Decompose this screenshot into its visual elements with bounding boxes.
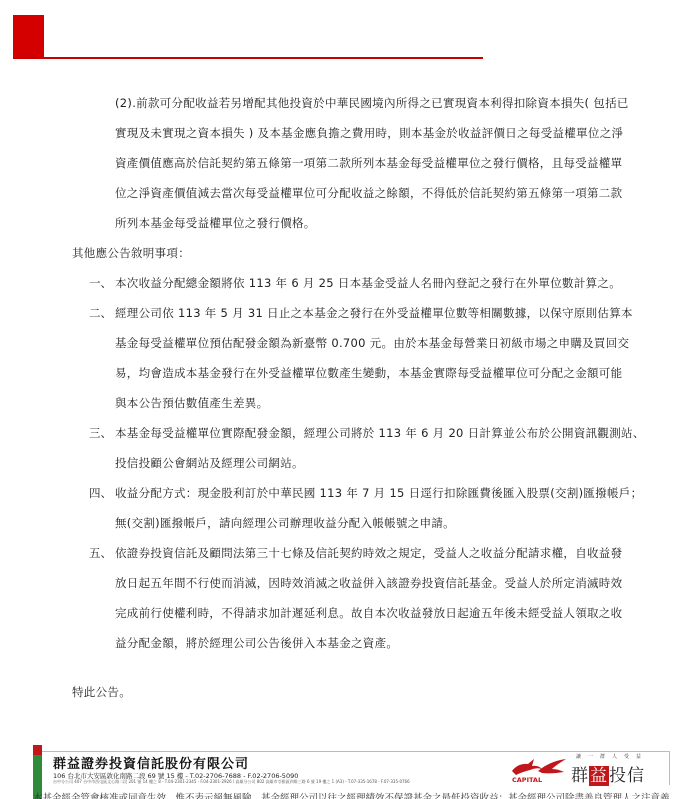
item-line: 依證券投資信託及顧問法第三十七條及信託契約時效之規定，受益人之收益分配請求權，自…: [115, 538, 622, 568]
item-line: 收益分配方式：現金股利訂於中華民國 113 年 7 月 15 日逕行扣除匯費後匯…: [115, 478, 642, 508]
item-label: 三、: [89, 418, 112, 448]
item-line: 完成前行使權利時，不得請求加計遲延利息。故自本次收益發放日起逾五年後未經受益人領…: [115, 598, 622, 628]
capital-logo-text: CAPITAL: [512, 776, 542, 784]
item-line: 易，均會造成本基金發行在外受益權單位數產生變動，本基金實際每受益權單位可分配之金…: [115, 358, 622, 388]
clause2-line: (2).前款可分配收益若另增配其他投資於中華民國境內所得之已實現資本利得扣除資本…: [115, 88, 629, 118]
item-line: 經理公司依 113 年 5 月 31 日止之本基金之發行在外受益權單位數等相關數…: [115, 298, 633, 328]
item-label: 一、: [89, 268, 112, 298]
brand-post: 投信: [609, 766, 645, 786]
item-line: 本次收益分配總金額將依 113 年 6 月 25 日本基金受益人名冊內登記之發行…: [115, 268, 621, 298]
slogan: 讓一群人受益: [576, 753, 648, 760]
brand-logo: 群益投信: [571, 761, 645, 786]
other-notes-title: 其他應公告敘明事項：: [72, 238, 190, 268]
branch-addresses: 台中分公司 407 台中市西屯區文心路二段 201 號 14 樓之 8 - T.…: [53, 779, 410, 785]
clause2-line: 資產價值應高於信託契約第五條第一項第二款所列本基金每受益權單位之發行價格，且每受…: [115, 148, 622, 178]
item-label: 五、: [89, 538, 112, 568]
header-red-block: [13, 15, 44, 59]
item-line: 益分配金額，將於經理公司公告後併入本基金之資產。: [115, 628, 398, 658]
item-line: 放日起五年間不行使而消滅，因時效消滅之收益併入該證券投資信託基金。受益人於所定消…: [115, 568, 622, 598]
clause2-line: 實現及未實現之資本損失 ) 及本基金應負擔之費用時，則本基金於收益評價日之每受益…: [115, 118, 623, 148]
item-label: 二、: [89, 298, 112, 328]
closing-text: 特此公告。: [72, 677, 131, 707]
item-line: 基金每受益權單位預估配發金額為新臺幣 0.700 元。由於本基金每營業日初級市場…: [115, 328, 629, 358]
capital-bird-logo-icon: [508, 757, 568, 777]
company-name: 群益證券投資信託股份有限公司: [53, 753, 249, 772]
footer-rule-right: [669, 751, 670, 785]
brand-highlight: 益: [589, 766, 609, 786]
item-line: 本基金每受益權單位實際配發金額，經理公司將於 113 年 6 月 20 日計算並…: [115, 418, 645, 448]
item-line: 投信投顧公會網站及經理公司網站。: [115, 448, 304, 478]
header-red-rule: [13, 57, 483, 59]
disclaimer: 本基金經金管會核准或同意生效，惟不表示絕無風險。基金經理公司以往之經理績效不保證…: [33, 790, 670, 799]
footer-rule: [42, 751, 670, 752]
clause2-line: 位之淨資產價值減去當次每受益權單位可分配收益之餘額，不得低於信託契約第五條第一項…: [115, 178, 622, 208]
item-line: 無(交割)匯撥帳戶，請向經理公司辦理收益分配入帳帳號之申請。: [115, 508, 455, 538]
brand-pre: 群: [571, 766, 589, 786]
footer-red-bar: [33, 745, 42, 755]
item-line: 與本公告預估數值產生差異。: [115, 388, 268, 418]
clause2-line: 所列本基金每受益權單位之發行價格。: [115, 208, 316, 238]
item-label: 四、: [89, 478, 112, 508]
